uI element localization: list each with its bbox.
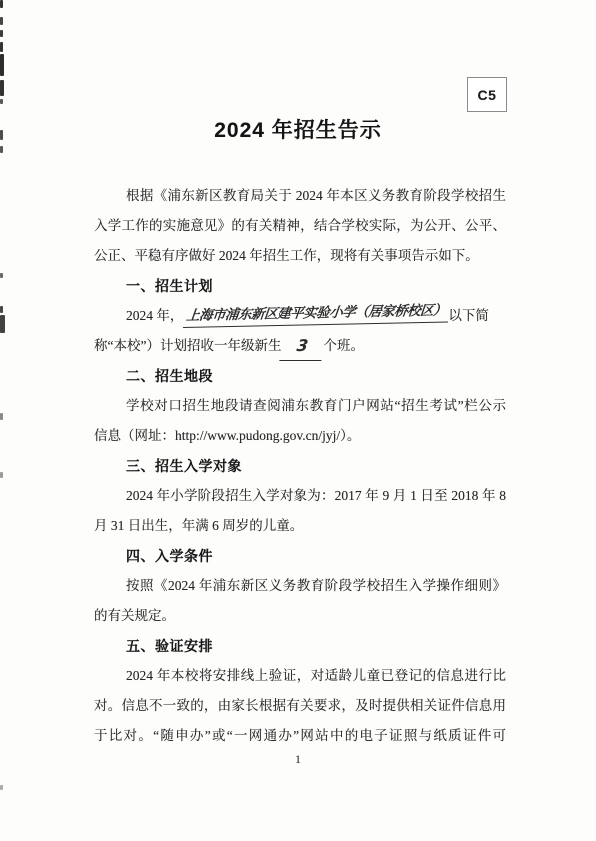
condition-line-1: 按照《2024 年浦东新区义务教育阶段学校招生入学操作细则》: [94, 571, 506, 601]
scan-artifact: [0, 0, 3, 8]
plan-line-1: 2024 年，上海市浦东新区建平实验小学（居家桥校区）以下简: [94, 301, 506, 331]
target-line-2: 月 31 日出生，年满 6 周岁的儿童。: [94, 511, 506, 541]
handwritten-school-name: 上海市浦东新区建平实验小学（居家桥校区）: [183, 300, 450, 328]
section-heading-condition: 四、入学条件: [94, 541, 506, 571]
intro-line-3: 公正、平稳有序做好 2024 年招生工作，现将有关事项告示如下。: [94, 241, 506, 271]
scan-artifact: [0, 273, 3, 278]
plan-line-2-suffix: 个班。: [323, 338, 364, 353]
scan-artifact: [0, 315, 5, 333]
corner-code-label: C5: [478, 87, 497, 103]
document-body: 根据《浦东新区教育局关于 2024 年本区义务教育阶段学校招生 入学工作的实施意…: [94, 181, 506, 751]
verification-line-2: 对。信息不一致的，由家长根据有关要求，及时提供相关证件信息用: [94, 691, 506, 721]
scan-artifact: [0, 99, 3, 104]
scan-artifact: [0, 413, 3, 420]
target-line-1: 2024 年小学阶段招生入学对象为：2017 年 9 月 1 日至 2018 年…: [94, 481, 506, 511]
scan-artifact: [0, 146, 3, 153]
intro-line-1: 根据《浦东新区教育局关于 2024 年本区义务教育阶段学校招生: [94, 181, 506, 211]
scan-artifact: [0, 80, 4, 96]
corner-code-box: C5: [467, 77, 507, 112]
scan-artifact: [0, 306, 3, 313]
section-heading-district: 二、招生地段: [94, 361, 506, 391]
verification-line-3: 于比对。“随申办”或“一网通办”网站中的电子证照与纸质证件可: [94, 721, 506, 751]
scanned-document-page: C5 2024 年招生告示 根据《浦东新区教育局关于 2024 年本区义务教育阶…: [0, 0, 596, 841]
district-line-2-with-url: 信息（网址：http://www.pudong.gov.cn/jyj/）。: [94, 421, 506, 451]
plan-line-1-suffix: 以下简: [448, 308, 489, 323]
scan-artifact: [0, 472, 3, 478]
document-title: 2024 年招生告示: [0, 114, 596, 144]
scan-artifact: [0, 42, 3, 52]
scan-artifact: [0, 17, 3, 25]
district-line-1: 学校对口招生地段请查阅浦东教育门户网站“招生考试”栏公示: [94, 391, 506, 421]
page-number: 1: [0, 752, 596, 767]
plan-line-2-prefix: 称“本校”）计划招收一年级新生: [94, 338, 281, 353]
verification-line-1: 2024 年本校将安排线上验证，对适龄儿童已登记的信息进行比: [94, 661, 506, 691]
plan-line-2: 称“本校”）计划招收一年级新生3个班。: [94, 331, 506, 361]
scan-artifact: [0, 30, 3, 37]
handwritten-class-count: 3: [280, 337, 325, 361]
section-heading-target: 三、招生入学对象: [94, 451, 506, 481]
plan-line-1-prefix: 2024 年，: [126, 308, 183, 323]
intro-line-2: 入学工作的实施意见》的有关精神，结合学校实际，为公开、公平、: [94, 211, 506, 241]
section-heading-plan: 一、招生计划: [94, 271, 506, 301]
scan-artifact: [0, 54, 4, 76]
section-heading-verification: 五、验证安排: [94, 631, 506, 661]
scan-artifact: [0, 785, 3, 790]
condition-line-2: 的有关规定。: [94, 601, 506, 631]
